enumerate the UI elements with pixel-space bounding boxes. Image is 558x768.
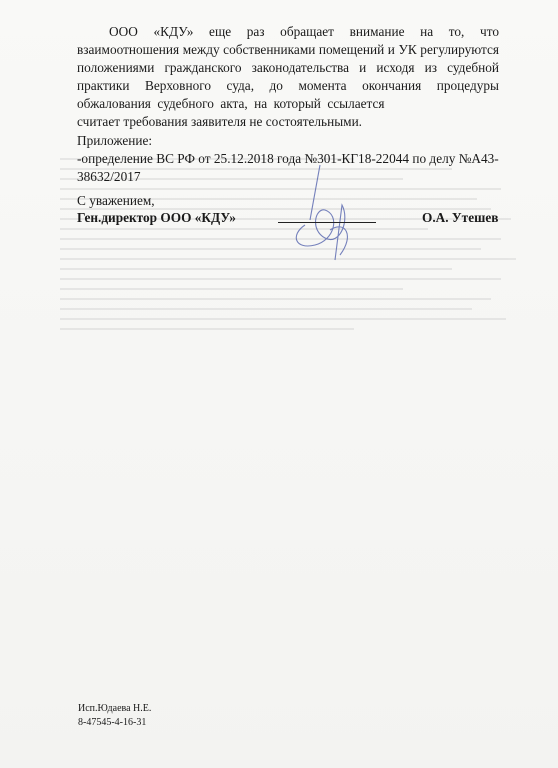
closing-regards: С уважением, bbox=[77, 193, 155, 209]
executor-info: Исп.Юдаева Н.Е. 8-47545-4-16-31 bbox=[78, 702, 151, 730]
paragraph-text-1: ООО «КДУ» еще раз обращает внимание на т… bbox=[77, 24, 499, 111]
paragraph-text-2: считает требования заявителя не состояте… bbox=[77, 114, 362, 129]
document-page: ООО «КДУ» еще раз обращает внимание на т… bbox=[0, 0, 558, 768]
executor-phone: 8-47545-4-16-31 bbox=[78, 716, 151, 730]
executor-name: Исп.Юдаева Н.Е. bbox=[78, 702, 151, 716]
signature-icon bbox=[280, 160, 370, 270]
attachment-label: Приложение: bbox=[77, 133, 152, 149]
signer-name: О.А. Утешев bbox=[422, 210, 498, 226]
body-paragraph: ООО «КДУ» еще раз обращает внимание на т… bbox=[77, 23, 499, 131]
signer-position: Ген.директор ООО «КДУ» bbox=[77, 210, 236, 226]
signature-line bbox=[278, 222, 376, 223]
